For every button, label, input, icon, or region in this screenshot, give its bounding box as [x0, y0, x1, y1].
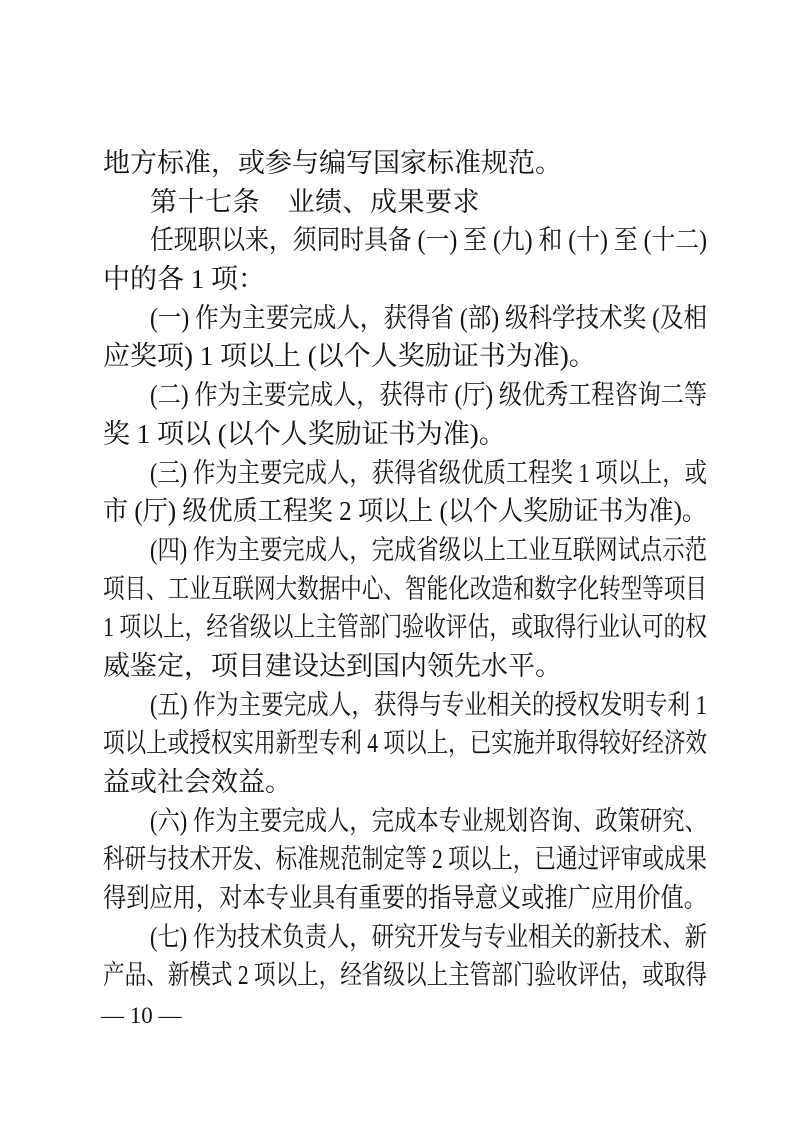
- clause-5-line: (五) 作为主要完成人，获得与专业相关的授权发明专利 1: [103, 686, 707, 725]
- body-line: 应奖项) 1 项以上 (以个人奖励证书为准)。: [103, 337, 707, 376]
- body-line: 益或社会效益。: [103, 763, 707, 802]
- body-line: 中的各 1 项：: [103, 260, 707, 299]
- body-line: 项目、工业互联网大数据中心、智能化改造和数字化转型等项目: [103, 570, 707, 609]
- body-line: 科研与技术开发、标准规范制定等 2 项以上，已通过评审或成果: [103, 840, 707, 879]
- body-line: 任现职以来，须同时具备 (一) 至 (九) 和 (十) 至 (十二): [103, 221, 707, 260]
- clause-4-line: (四) 作为主要完成人，完成省级以上工业互联网试点示范: [103, 531, 707, 570]
- body-line: 产品、新模式 2 项以上，经省级以上主管部门验收评估，或取得: [103, 956, 707, 995]
- body-line: 奖 1 项以 (以个人奖励证书为准)。: [103, 415, 707, 454]
- document-page: 地方标准，或参与编写国家标准规范。 第十七条 业绩、成果要求 任现职以来，须同时…: [0, 0, 793, 1122]
- body-line: 威鉴定，项目建设达到国内领先水平。: [103, 647, 707, 686]
- body-line: 得到应用，对本专业具有重要的指导意义或推广应用价值。: [103, 879, 707, 918]
- body-line: 项以上或授权实用新型专利 4 项以上，已实施并取得较好经济效: [103, 724, 707, 763]
- page-number: — 10 —: [101, 1002, 182, 1030]
- body-line: 市 (厅) 级优质工程奖 2 项以上 (以个人奖励证书为准)。: [103, 492, 707, 531]
- clause-2-line: (二) 作为主要完成人，获得市 (厅) 级优秀工程咨询二等: [103, 376, 707, 415]
- body-line: 地方标准，或参与编写国家标准规范。: [103, 144, 707, 183]
- clause-6-line: (六) 作为主要完成人，完成本专业规划咨询、政策研究、: [103, 802, 707, 841]
- body-line: 1 项以上，经省级以上主管部门验收评估，或取得行业认可的权: [103, 608, 707, 647]
- article-17-heading: 第十七条 业绩、成果要求: [103, 183, 707, 222]
- clause-1-line: (一) 作为主要完成人，获得省 (部) 级科学技术奖 (及相: [103, 299, 707, 338]
- clause-3-line: (三) 作为主要完成人，获得省级优质工程奖 1 项以上，或: [103, 454, 707, 493]
- text-column: 地方标准，或参与编写国家标准规范。 第十七条 业绩、成果要求 任现职以来，须同时…: [103, 144, 707, 995]
- clause-7-line: (七) 作为技术负责人，研究开发与专业相关的新技术、新: [103, 918, 707, 957]
